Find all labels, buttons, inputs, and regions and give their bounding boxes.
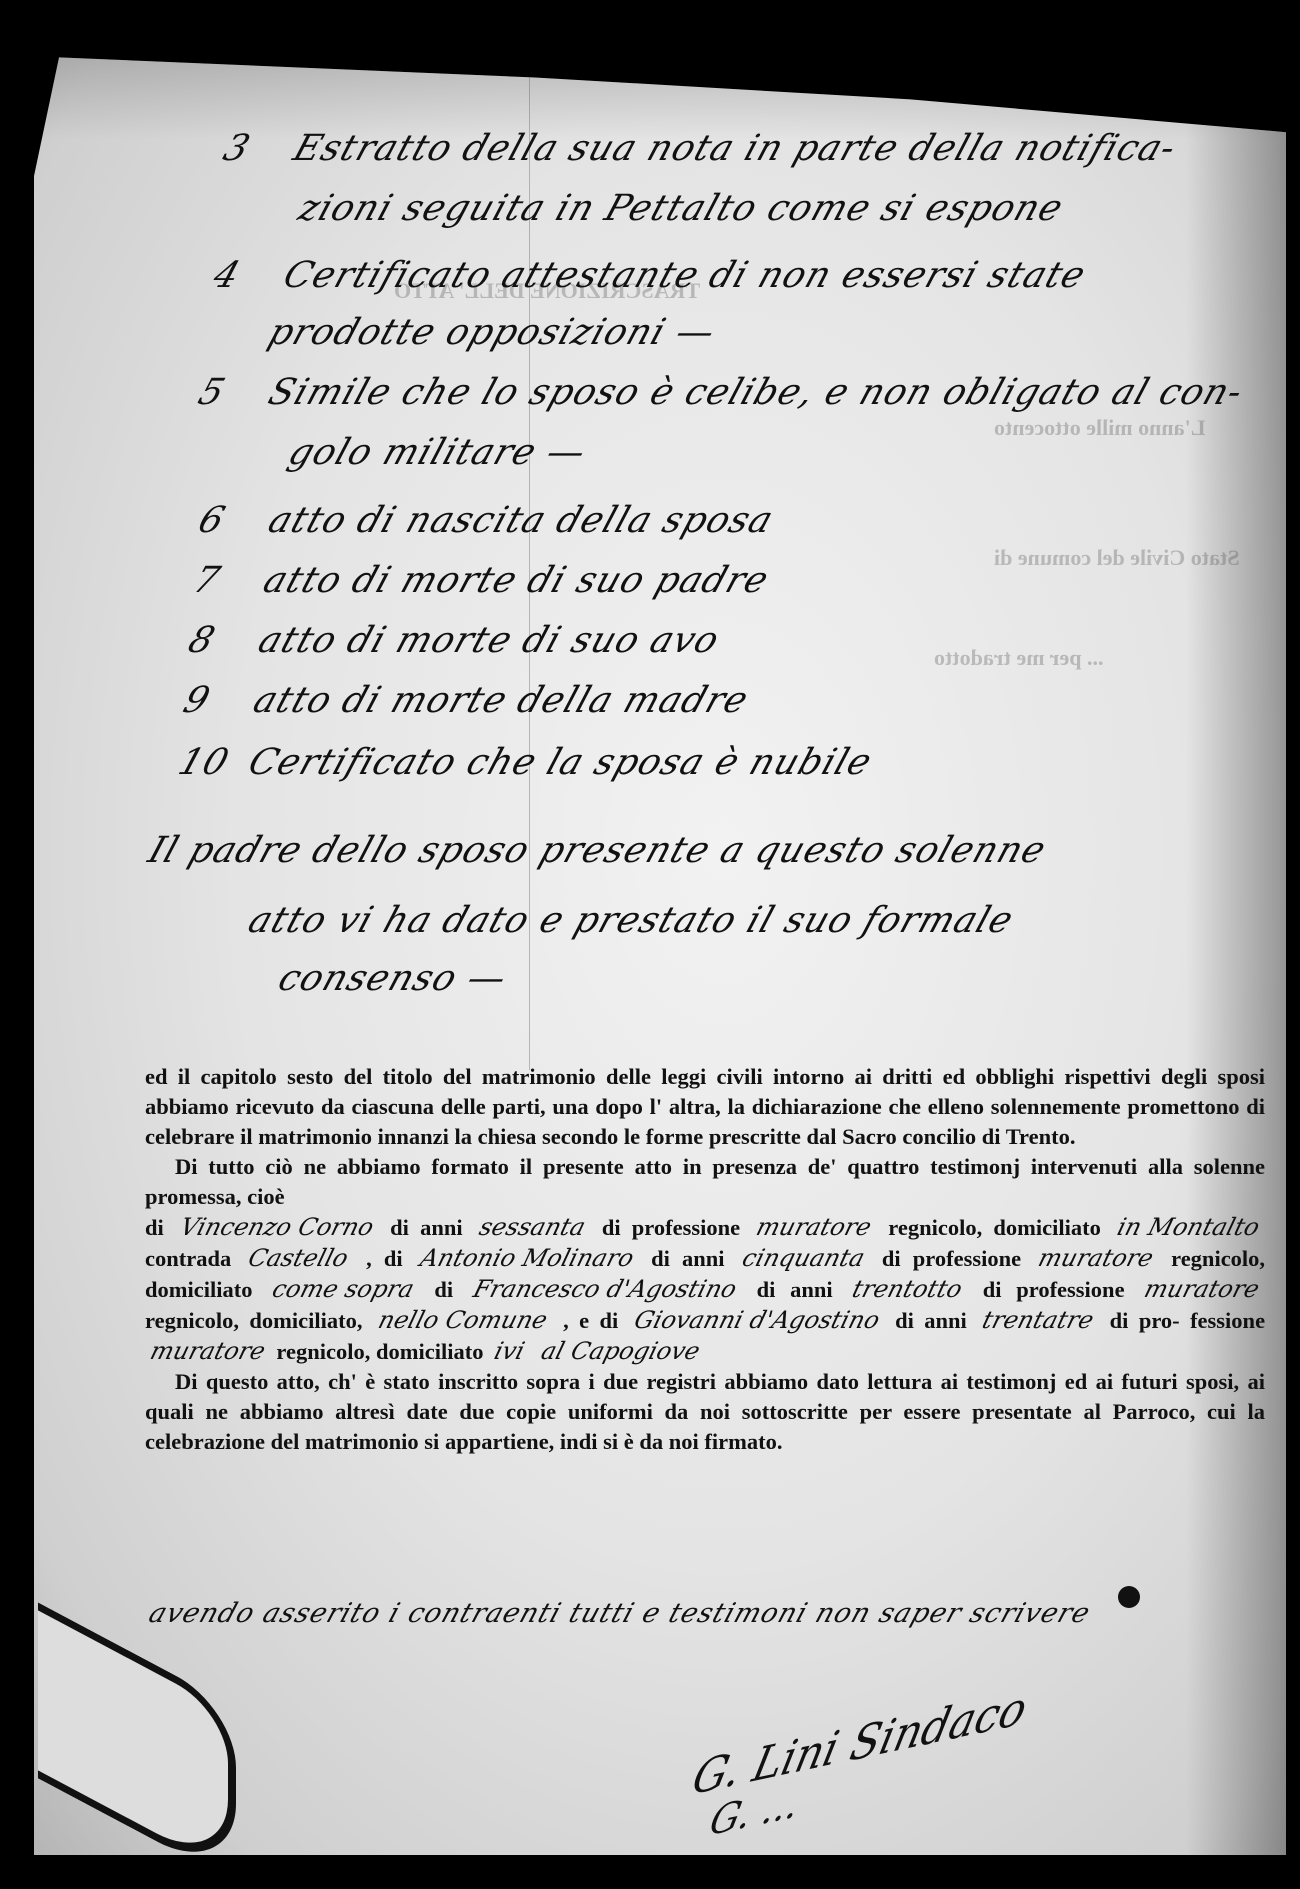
witness-3-age: trentotto xyxy=(843,1274,972,1304)
list-item-continuation: zioni seguita in Pettalto come si espone xyxy=(293,188,1068,229)
document-page: TRASCRIZIONE DELL' ATTO L'anno mille ott… xyxy=(34,30,1286,1855)
witness-1-name: Vincenzo Corno xyxy=(171,1212,383,1242)
witnesses-block: di Vincenzo Corno di anni sessanta di pr… xyxy=(145,1212,1265,1367)
witness-4-contrada: al Capogiove xyxy=(532,1336,709,1366)
note-line: consenso — xyxy=(273,958,512,999)
printed-paragraph-1: ed il capitolo sesto del titolo del matr… xyxy=(145,1062,1265,1152)
witness-3-profession: muratore xyxy=(1135,1274,1269,1304)
witness-1-age: sessanta xyxy=(470,1212,595,1242)
list-item: 3Estratto della sua nota in parte della … xyxy=(218,128,1181,169)
list-item: 10Certificato che la sposa è nubile xyxy=(173,742,877,783)
note-line: atto vi ha dato e prestato il suo formal… xyxy=(243,900,1018,941)
printed-form-text: ed il capitolo sesto del titolo del matr… xyxy=(145,1062,1265,1457)
witness-1-contrada: Castello xyxy=(239,1243,358,1273)
witness-2-domicile: come sopra xyxy=(263,1274,423,1304)
bleed-through-line: ... per me tradotto xyxy=(934,645,1103,671)
witness-4-profession: muratore xyxy=(141,1336,275,1366)
handwritten-closing: avendo asserito i contraenti tutti e tes… xyxy=(145,1598,1095,1629)
list-item-continuation: prodotte opposizioni — xyxy=(263,312,720,353)
list-item: 4Certificato attestante di non essersi s… xyxy=(208,255,1091,296)
list-item-continuation: golo militare — xyxy=(283,432,591,473)
witness-4-name: Giovanni d'Agostino xyxy=(625,1305,889,1335)
list-item: 6atto di nascita della sposa xyxy=(193,500,778,541)
list-item: 7atto di morte di suo padre xyxy=(188,560,774,601)
witness-2-age: cinquanta xyxy=(733,1243,874,1273)
witness-2-name: Antonio Molinaro xyxy=(411,1243,643,1273)
list-item: 9atto di morte della madre xyxy=(178,680,754,721)
witness-4-age: trentatre xyxy=(973,1305,1103,1335)
bleed-through-line: Stato Civile del comune di xyxy=(994,545,1240,571)
witness-4-domicile: ivi xyxy=(485,1336,534,1366)
printed-paragraph-3: Di questo atto, ch' è stato inscritto so… xyxy=(145,1367,1265,1457)
witness-3-domicile: nello Comune xyxy=(369,1305,557,1335)
printed-paragraph-2: Di tutto ciò ne abbiamo formato il prese… xyxy=(145,1152,1265,1212)
note-line: Il padre dello sposo presente a questo s… xyxy=(143,830,1051,871)
witness-2-profession: muratore xyxy=(1029,1243,1163,1273)
witness-1-domicile: in Montalto xyxy=(1108,1212,1269,1242)
list-item: 5Simile che lo sposo è celibe, e non obl… xyxy=(193,372,1248,413)
list-item: 8atto di morte di suo avo xyxy=(183,620,724,661)
ink-blot xyxy=(1118,1586,1140,1608)
bleed-through-line: L'anno mille ottocento xyxy=(994,415,1205,441)
witness-3-name: Francesco d'Agostino xyxy=(464,1274,746,1304)
witness-1-profession: muratore xyxy=(747,1212,881,1242)
